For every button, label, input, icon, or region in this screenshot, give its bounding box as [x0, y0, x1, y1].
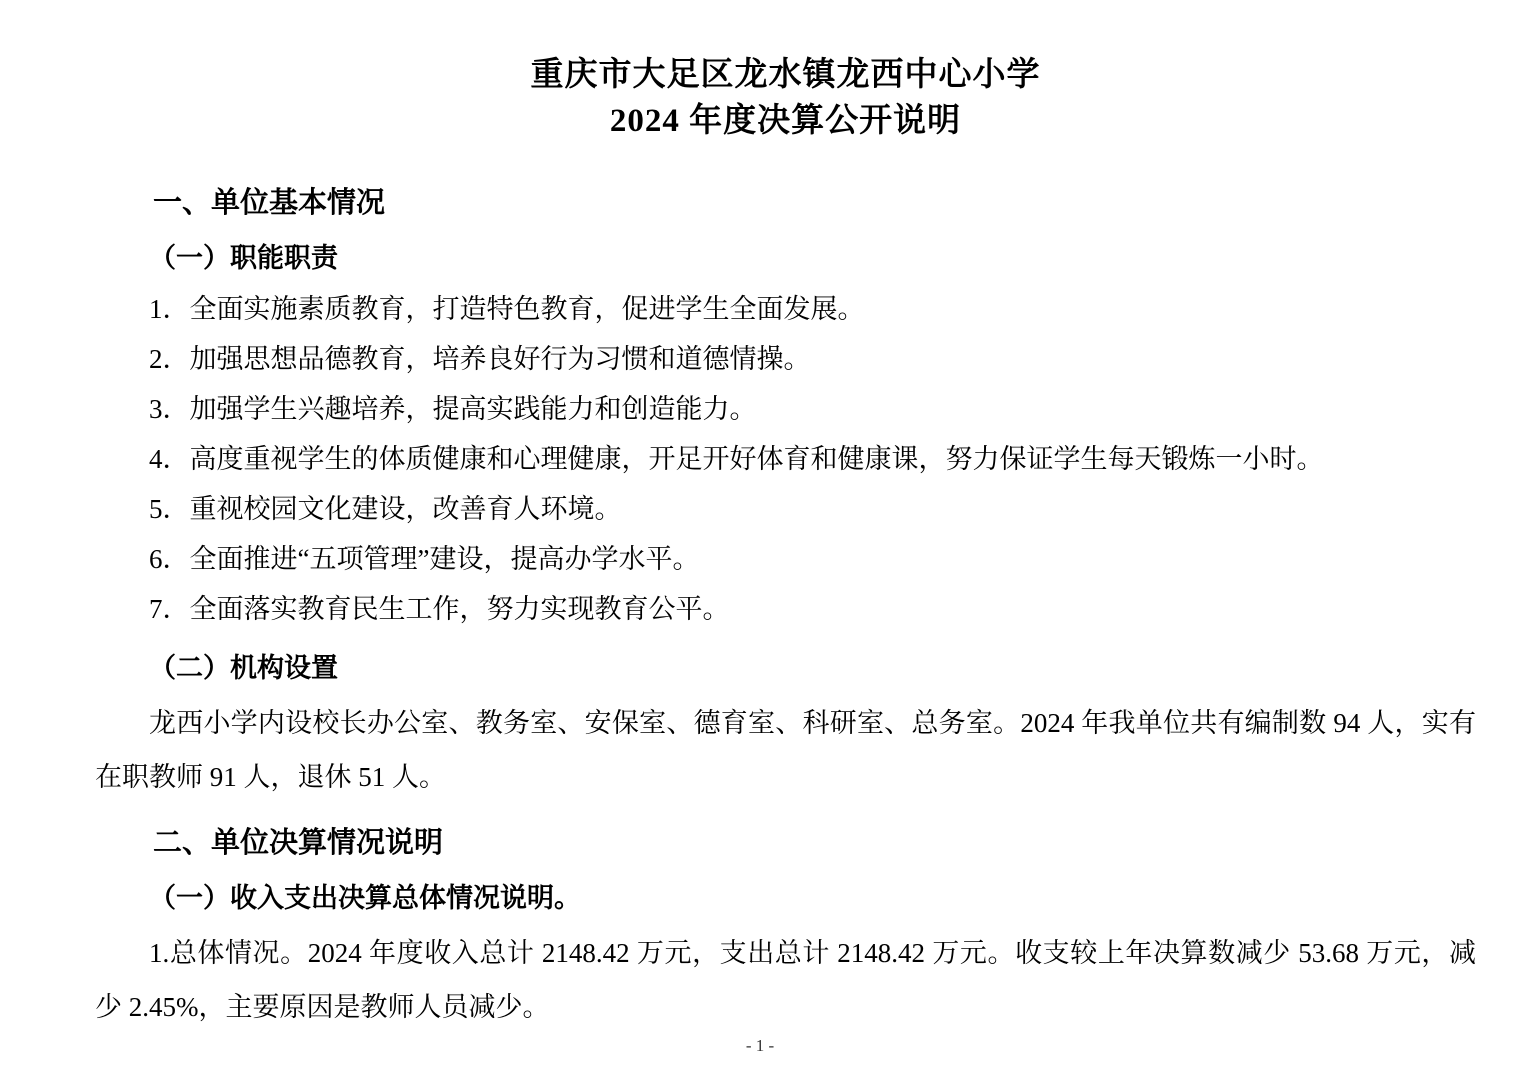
document-title-line1: 重庆市大足区龙水镇龙西中心小学 — [95, 52, 1476, 98]
duty-item-1: 1．全面实施素质教育，打造特色教育，促进学生全面发展。 — [95, 284, 1476, 334]
section-2-sub-1-heading: （一）收入支出决算总体情况说明。 — [95, 872, 1476, 924]
duty-item-6: 6．全面推进“五项管理”建设，提高办学水平。 — [95, 534, 1476, 584]
section-1-sub-1-heading: （一）职能职责 — [95, 232, 1476, 284]
section-1-heading: 一、单位基本情况 — [95, 178, 1476, 228]
duty-item-2: 2．加强思想品德教育，培养良好行为习惯和道德情操。 — [95, 334, 1476, 384]
duty-item-4: 4．高度重视学生的体质健康和心理健康，开足开好体育和健康课，努力保证学生每天锻炼… — [95, 434, 1476, 484]
section-1-sub-2-heading: （二）机构设置 — [95, 642, 1476, 694]
section-2-heading: 二、单位决算情况说明 — [95, 818, 1476, 868]
duty-item-5: 5．重视校园文化建设，改善育人环境。 — [95, 484, 1476, 534]
duty-item-7: 7．全面落实教育民生工作，努力实现教育公平。 — [95, 584, 1476, 634]
org-structure-paragraph: 龙西小学内设校长办公室、教务室、安保室、德育室、科研室、总务室。2024 年我单… — [95, 696, 1476, 804]
page-number: - 1 - — [0, 1036, 1520, 1056]
overall-situation-paragraph: 1.总体情况。2024 年度收入总计 2148.42 万元，支出总计 2148.… — [95, 926, 1476, 1034]
document-page: 重庆市大足区龙水镇龙西中心小学 2024 年度决算公开说明 一、单位基本情况 （… — [0, 0, 1520, 1074]
document-title-line2: 2024 年度决算公开说明 — [95, 98, 1476, 144]
duty-item-3: 3．加强学生兴趣培养，提高实践能力和创造能力。 — [95, 384, 1476, 434]
document-content: 重庆市大足区龙水镇龙西中心小学 2024 年度决算公开说明 一、单位基本情况 （… — [0, 0, 1520, 1034]
